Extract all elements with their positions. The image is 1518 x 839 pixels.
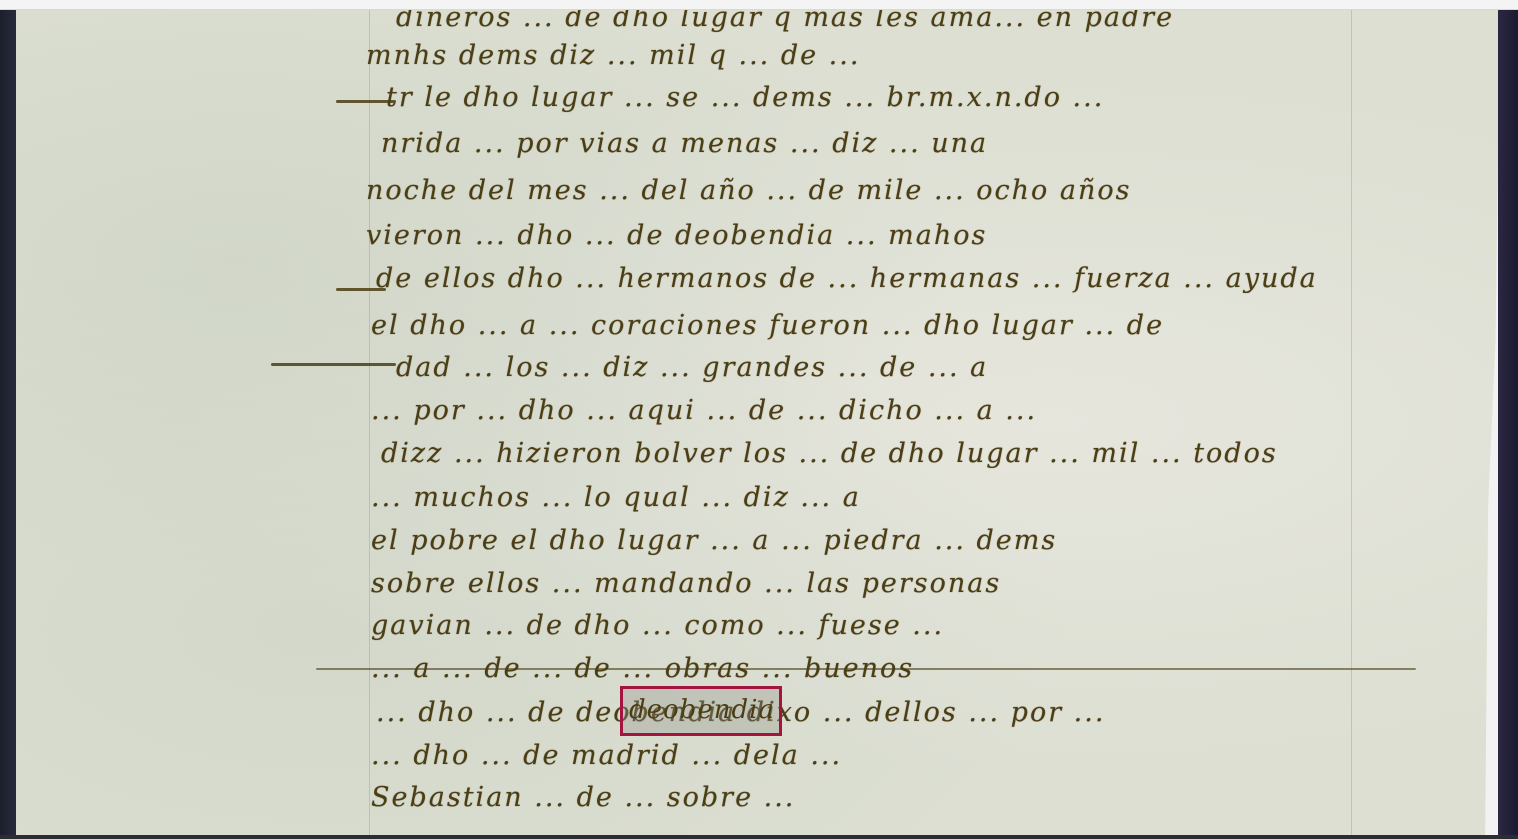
manuscript-line: dad ... los ... diz ... grandes ... de .… (396, 352, 988, 383)
manuscript-line: tr le dho lugar ... se ... dems ... br.m… (386, 82, 1104, 113)
word-highlight-box[interactable]: deobendia (620, 686, 782, 736)
manuscript-line: ... dho ... de madrid ... dela ... (371, 740, 842, 771)
ruled-margin-line-right (1351, 10, 1352, 835)
manuscript-line: gavian ... de dho ... como ... fuese ... (371, 610, 944, 641)
manuscript-line: sobre ellos ... mandando ... las persona… (371, 568, 1001, 599)
margin-flourish (271, 363, 396, 366)
manuscript-line: Sebastian ... de ... sobre ... (371, 782, 795, 813)
viewer-top-bar (0, 0, 1518, 10)
ruled-margin-line (369, 10, 370, 835)
manuscript-line: ... a ... de ... de ... obras ... buenos (371, 653, 914, 684)
binding-edge-right (1498, 10, 1518, 839)
manuscript-line: el dho ... a ... coraciones fueron ... d… (371, 310, 1164, 341)
manuscript-line: dizz ... hizieron bolver los ... de dho … (381, 438, 1278, 469)
manuscript-line: ... muchos ... lo qual ... diz ... a (371, 482, 861, 513)
binding-edge-left (0, 10, 16, 839)
manuscript-line: nrida ... por vias a menas ... diz ... u… (381, 128, 988, 159)
manuscript-line: vieron ... dho ... de deobendia ... maho… (366, 220, 987, 251)
highlighted-word: deobendia (629, 695, 775, 725)
viewer-bottom-edge (0, 835, 1518, 839)
manuscript-line: el pobre el dho lugar ... a ... piedra .… (371, 525, 1057, 556)
manuscript-line: mnhs dems diz ... mil q ... de ... (366, 40, 860, 71)
manuscript-line: de ellos dho ... hermanos de ... hermana… (376, 263, 1318, 294)
manuscript-line: noche del mes ... del año ... de mile ..… (366, 175, 1132, 206)
manuscript-line: ... por ... dho ... aqui ... de ... dich… (371, 395, 1037, 426)
